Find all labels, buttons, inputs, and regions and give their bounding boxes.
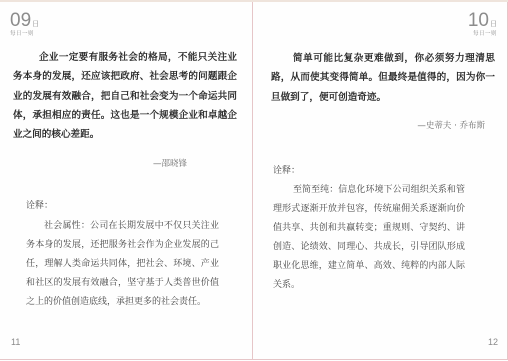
- note-title: 诠释：: [273, 163, 300, 176]
- book-spread: 09日 每日一则 企业一定要有服务社会的格局，不能只关注业务本身的发展，还应该把…: [0, 0, 508, 361]
- date-subtitle: 每日一则: [10, 31, 39, 38]
- quote-text: 简单可能比复杂更难做到，你必须努力理清思路，从而使其变得简单。但最终是值得的，因…: [271, 49, 495, 107]
- date-header: 10日 每日一则: [468, 11, 497, 38]
- note-body: 社会属性：公司在长期发展中不仅只关注业务本身的发展，还把服务社会作为企业发展的己…: [26, 217, 219, 312]
- date-unit: 日: [490, 20, 497, 28]
- note-body: 至简至纯：信息化环境下公司组织关系和管理形式逐渐开放并包容，传统雇佣关系逐渐向价…: [273, 181, 465, 295]
- date-header: 09日 每日一则: [10, 11, 39, 38]
- date-day: 09: [10, 10, 31, 31]
- quote-author: —邵晓锋: [67, 157, 187, 169]
- quote-text: 企业一定要有服务社会的格局，不能只关注业务本身的发展，还应该把政府、社会思考的问…: [13, 48, 237, 144]
- date-day: 10: [468, 10, 489, 31]
- page-number: 12: [488, 337, 498, 347]
- date-unit: 日: [32, 20, 39, 28]
- right-page: 10日 每日一则 简单可能比复杂更难做到，你必须努力理清思路，从而使其变得简单。…: [253, 2, 508, 360]
- note-title: 诠释：: [26, 198, 53, 211]
- quote-author: —史蒂夫 · 乔布斯: [345, 119, 485, 131]
- date-subtitle: 每日一则: [468, 31, 497, 38]
- page-number: 11: [11, 337, 20, 347]
- left-page: 09日 每日一则 企业一定要有服务社会的格局，不能只关注业务本身的发展，还应该把…: [0, 2, 253, 360]
